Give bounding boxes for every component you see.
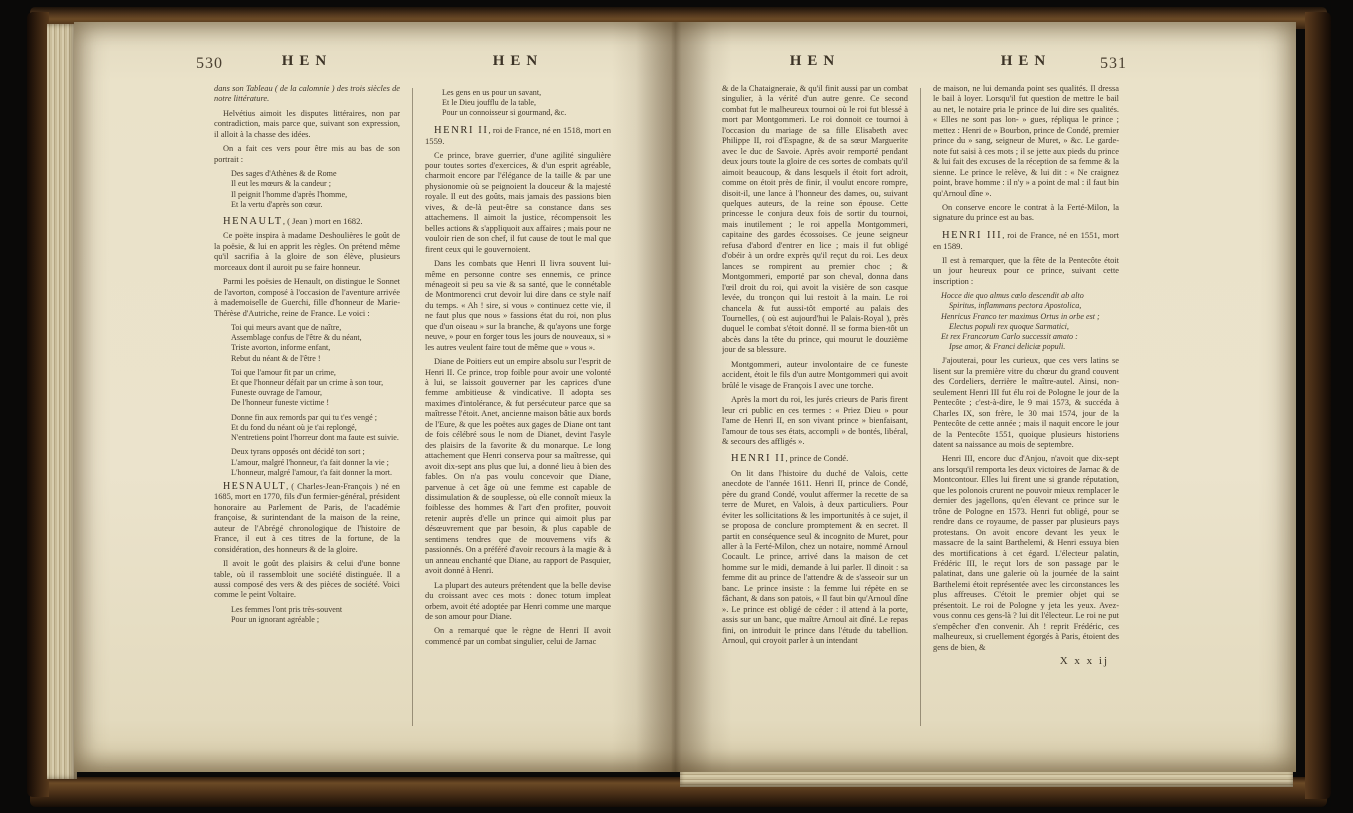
verse-line: Il peignit l'homme d'après l'homme, (231, 190, 400, 200)
verse-line: Et rex Francorum Carlo successit amato : (941, 332, 1119, 342)
verse-block: Toi qui meurs avant que de naître,Assemb… (231, 323, 400, 364)
entry-paragraph: HESNAULT, ( Charles-Jean-François ) né e… (214, 482, 400, 555)
verse-line: Les femmes l'ont pris très-souvent (231, 605, 400, 615)
paragraph: Ce prince, brave guerrier, d'une agilité… (425, 151, 611, 256)
entry-heading: HENRI II, roi de France, né en 1518, mor… (425, 125, 611, 147)
entry-name: HENAULT (223, 216, 283, 227)
text-column: de maison, ne lui demanda point ses qual… (933, 84, 1119, 736)
paragraph: On a remarqué que le règne de Henri II a… (425, 626, 611, 647)
paragraph: Helvétius aimoit les disputes littéraire… (214, 109, 400, 140)
running-heads-left: HEN HEN (214, 53, 611, 70)
verse-block: Les gens en us pour un savant,Et le Dieu… (442, 88, 611, 119)
verse-line: L'amour, malgré l'honneur, t'a fait donn… (231, 458, 400, 468)
verse-line: Et que l'honneur défait par un crime à s… (231, 378, 400, 388)
verse-line: Rebut du néant & de l'être ! (231, 354, 400, 364)
verse-line: Toi qui meurs avant que de naître, (231, 323, 400, 333)
paragraph: Diane de Poitiers eut un empire absolu s… (425, 357, 611, 577)
verse-line: Pour un ignorant agréable ; (231, 615, 400, 625)
paragraph: On lit dans l'histoire du duché de Valoi… (722, 469, 908, 647)
verse-line: Pour un connoisseur si gourmand, &c. (442, 108, 611, 118)
paragraph: On a fait ces vers pour être mis au bas … (214, 144, 400, 165)
paragraph: Il est à remarquer, que la fête de la Pe… (933, 256, 1119, 287)
paragraph: dans son Tableau ( de la calomnie ) des … (214, 84, 400, 105)
verse-line: Toi que l'amour fit par un crime, (231, 368, 400, 378)
page-edges-left (47, 24, 77, 779)
running-heads-right: HEN HEN (722, 53, 1119, 70)
verse-line: N'entretiens point l'horreur dont ma fau… (231, 433, 400, 443)
running-head: HEN (425, 53, 611, 70)
entry-heading-rest: , ( Jean ) mort en 1682. (283, 216, 363, 226)
right-page: 531 HEN HEN & de la Chataigneraie, & qu'… (672, 22, 1296, 772)
paragraph: de maison, ne lui demanda point ses qual… (933, 84, 1119, 199)
paragraph: Montgommeri, auteur involontaire de ce f… (722, 360, 908, 391)
paragraph: Après la mort du roi, les jurés crieurs … (722, 395, 908, 447)
text-column: Les gens en us pour un savant,Et le Dieu… (425, 84, 611, 736)
book-photo: 530 HEN HEN dans son Tableau ( de la cal… (0, 0, 1353, 813)
verse-line: Et la vertu d'après son cœur. (231, 200, 400, 210)
running-head: HEN (722, 53, 908, 70)
signature-mark: X x x ij (933, 656, 1119, 666)
entry-heading: HENRI II, prince de Condé. (722, 453, 908, 464)
verse-line: Deux tyrans opposés ont décidé ton sort … (231, 447, 400, 457)
paragraph: La plupart des auteurs prétendent que la… (425, 581, 611, 623)
column-divider (400, 84, 425, 736)
open-page-spread: 530 HEN HEN dans son Tableau ( de la cal… (74, 22, 1296, 772)
verse-block: Donne fin aux remords par qui tu t'es ve… (231, 413, 400, 444)
book-left-cover-edge (27, 12, 49, 797)
left-page: 530 HEN HEN dans son Tableau ( de la cal… (74, 22, 672, 772)
verse-block: Deux tyrans opposés ont décidé ton sort … (231, 447, 400, 478)
paragraph: J'ajouterai, pour les curieux, que ces v… (933, 356, 1119, 450)
verse-line: Ipse amor, & Franci deliciæ populi. (949, 342, 1119, 352)
verse-line: Funeste ouvrage de l'amour, (231, 388, 400, 398)
entry-name: HENRI III (942, 230, 1002, 241)
running-head: HEN (933, 53, 1119, 70)
verse-line: Assemblage confus de l'être & du néant, (231, 333, 400, 343)
verse-line: Donne fin aux remords par qui tu t'es ve… (231, 413, 400, 423)
paragraph: Il avoit le goût des plaisirs & celui d'… (214, 559, 400, 601)
verse-line: Il eut les mœurs & la candeur ; (231, 179, 400, 189)
verse-block: Toi que l'amour fit par un crime,Et que … (231, 368, 400, 409)
text-column: & de la Chataigneraie, & qu'il finit aus… (722, 84, 908, 736)
book-right-cover-edge (1305, 12, 1331, 799)
entry-name: HESNAULT (223, 481, 286, 492)
right-page-columns: & de la Chataigneraie, & qu'il finit aus… (722, 84, 1119, 736)
entry-name: HENRI II (731, 453, 786, 464)
verse-line: Des sages d'Athènes & de Rome (231, 169, 400, 179)
verse-line: Hocce die quo almus cœlo descendit ab al… (941, 291, 1119, 301)
paragraph: Henri III, encore duc d'Anjou, n'avoit q… (933, 454, 1119, 653)
entry-heading: HENAULT, ( Jean ) mort en 1682. (214, 216, 400, 227)
paragraph: Parmi les poësies de Henault, on disting… (214, 277, 400, 319)
latin-verse-block: Hocce die quo almus cœlo descendit ab al… (941, 291, 1119, 352)
left-page-gutter-shade (612, 22, 672, 772)
verse-line: De l'honneur funeste victime ! (231, 398, 400, 408)
verse-line: Henricus Franco ter maximus Ortus in orb… (941, 312, 1119, 322)
entry-name: HENRI II (434, 125, 489, 136)
entry-heading: HENRI III, roi de France, né en 1551, mo… (933, 230, 1119, 252)
paragraph: & de la Chataigneraie, & qu'il finit aus… (722, 84, 908, 356)
verse-line: Triste avorton, informe enfant, (231, 343, 400, 353)
verse-line: Et du fond du néant où je t'ai replongé, (231, 423, 400, 433)
verse-line: L'honneur, malgré l'amour, t'a fait donn… (231, 468, 400, 478)
verse-line: Electus populi rex quoque Sarmatici, (949, 322, 1119, 332)
verse-block: Les femmes l'ont pris très-souventPour u… (231, 605, 400, 625)
left-page-columns: dans son Tableau ( de la calomnie ) des … (214, 84, 611, 736)
column-divider (908, 84, 933, 736)
verse-line: Et le Dieu joufflu de la table, (442, 98, 611, 108)
verse-line: Les gens en us pour un savant, (442, 88, 611, 98)
verse-line: Spiritus, inflammans pectora Apostolica, (949, 301, 1119, 311)
paragraph: On conserve encore le contrat à la Ferté… (933, 203, 1119, 224)
paragraph: Ce poëte inspira à madame Deshoulières l… (214, 231, 400, 273)
verse-block: Des sages d'Athènes & de RomeIl eut les … (231, 169, 400, 210)
running-head: HEN (214, 53, 400, 70)
entry-heading-rest: , prince de Condé. (786, 453, 849, 463)
text-column: dans son Tableau ( de la calomnie ) des … (214, 84, 400, 736)
paragraph: Dans les combats que Henri II livra souv… (425, 259, 611, 353)
